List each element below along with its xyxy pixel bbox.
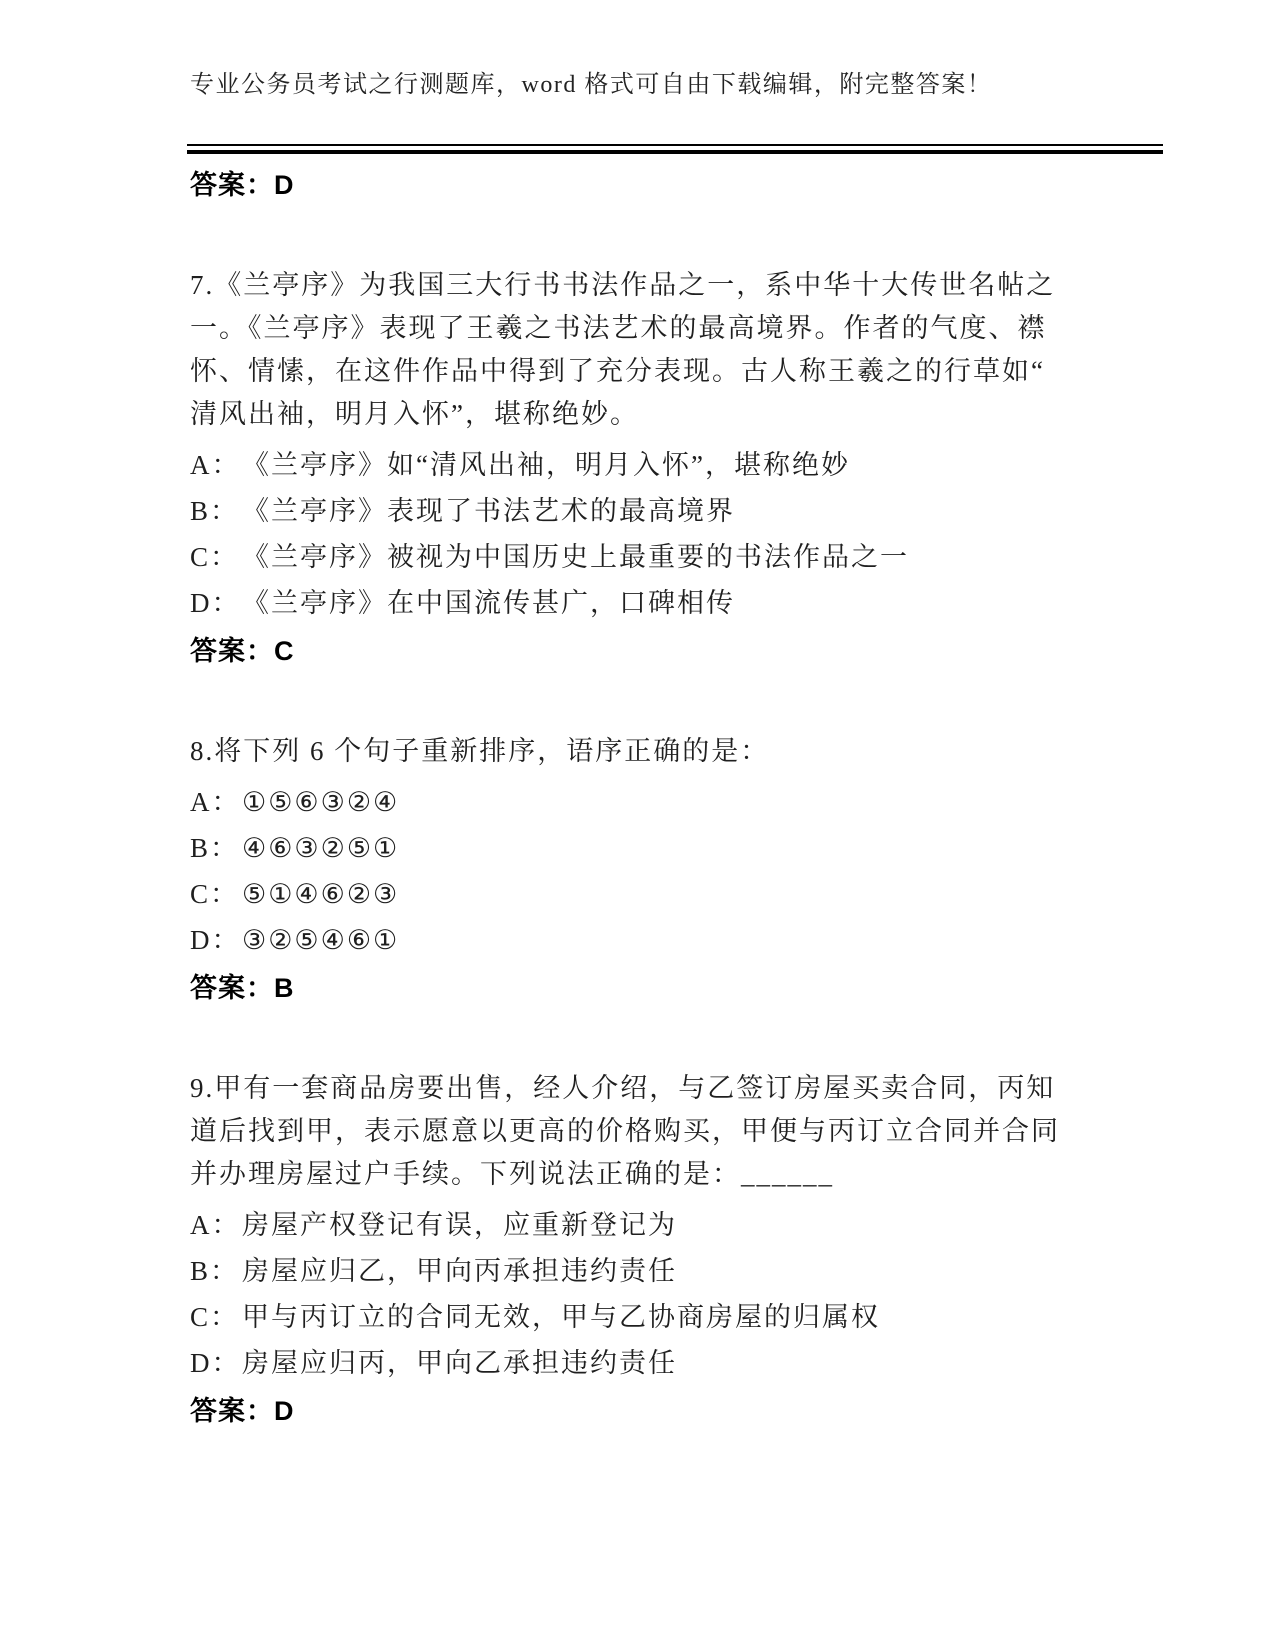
- option-label: A：: [190, 442, 242, 488]
- option-label: B：: [190, 1248, 242, 1294]
- option-label: C：: [190, 1294, 242, 1340]
- answer-line: 答案：B: [190, 965, 1070, 1011]
- option-text: 房屋产权登记有误，应重新登记为: [242, 1210, 677, 1240]
- answer-line: 答案：D: [190, 1388, 1070, 1434]
- answer-line: 答案：D: [190, 162, 1070, 208]
- option-row-a: A：房屋产权登记有误，应重新登记为: [190, 1202, 1070, 1248]
- option-row-d: D：《兰亭序》在中国流传甚广，口碑相传: [190, 580, 1070, 626]
- option-text: ①⑤⑥③②④: [242, 787, 399, 817]
- option-label: A：: [190, 1202, 242, 1248]
- answer-value: B: [274, 973, 295, 1003]
- option-row-b: B：《兰亭序》表现了书法艺术的最高境界: [190, 488, 1070, 534]
- option-row-d: D：③②⑤④⑥①: [190, 917, 1070, 963]
- option-label: D：: [190, 917, 242, 963]
- option-row-b: B：④⑥③②⑤①: [190, 825, 1070, 871]
- answer-label: 答案：: [190, 170, 274, 200]
- option-text: ③②⑤④⑥①: [242, 925, 399, 955]
- question-stem: 8.将下列 6 个句子重新排序，语序正确的是：: [190, 730, 1070, 773]
- answer-line: 答案：C: [190, 628, 1070, 674]
- page-header-title: 专业公务员考试之行测题库，word 格式可自由下载编辑，附完整答案！: [190, 70, 1166, 100]
- option-text: 《兰亭序》被视为中国历史上最重要的书法作品之一: [242, 542, 909, 572]
- question-stem: 7.《兰亭序》为我国三大行书书法作品之一，系中华十大传世名帖之 一。《兰亭序》表…: [190, 264, 1070, 436]
- option-text: 房屋应归丙，甲向乙承担违约责任: [242, 1348, 677, 1378]
- options-list: A：①⑤⑥③②④ B：④⑥③②⑤① C：⑤①④⑥②③ D：③②⑤④⑥①: [190, 779, 1070, 963]
- option-label: B：: [190, 825, 242, 871]
- option-row-b: B：房屋应归乙，甲向丙承担违约责任: [190, 1248, 1070, 1294]
- option-row-a: A：①⑤⑥③②④: [190, 779, 1070, 825]
- option-label: B：: [190, 488, 242, 534]
- option-text: 房屋应归乙，甲向丙承担违约责任: [242, 1256, 677, 1286]
- answer-label: 答案：: [190, 973, 274, 1003]
- option-label: D：: [190, 580, 242, 626]
- header-divider: [187, 144, 1163, 154]
- answer-label: 答案：: [190, 636, 274, 666]
- question-8: 8.将下列 6 个句子重新排序，语序正确的是： A：①⑤⑥③②④ B：④⑥③②⑤…: [190, 730, 1070, 1011]
- option-text: 《兰亭序》如“清风出袖，明月入怀”，堪称绝妙: [242, 450, 850, 480]
- answer-value: D: [274, 170, 295, 200]
- option-text: ⑤①④⑥②③: [242, 879, 399, 909]
- option-row-c: C：⑤①④⑥②③: [190, 871, 1070, 917]
- question-9: 9.甲有一套商品房要出售，经人介绍，与乙签订房屋买卖合同，丙知 道后找到甲，表示…: [190, 1067, 1070, 1434]
- option-label: C：: [190, 534, 242, 580]
- option-text: 甲与丙订立的合同无效，甲与乙协商房屋的归属权: [242, 1302, 880, 1332]
- option-text: ④⑥③②⑤①: [242, 833, 399, 863]
- option-row-c: C：甲与丙订立的合同无效，甲与乙协商房屋的归属权: [190, 1294, 1070, 1340]
- answer-label: 答案：: [190, 1396, 274, 1426]
- question-7: 7.《兰亭序》为我国三大行书书法作品之一，系中华十大传世名帖之 一。《兰亭序》表…: [190, 264, 1070, 674]
- option-label: C：: [190, 871, 242, 917]
- option-text: 《兰亭序》表现了书法艺术的最高境界: [242, 496, 735, 526]
- document-page: 专业公务员考试之行测题库，word 格式可自由下载编辑，附完整答案！ 答案：D …: [0, 0, 1275, 1650]
- answer-value: D: [274, 1396, 295, 1426]
- option-text: 《兰亭序》在中国流传甚广，口碑相传: [242, 588, 735, 618]
- answer-value: C: [274, 636, 295, 666]
- option-row-c: C：《兰亭序》被视为中国历史上最重要的书法作品之一: [190, 534, 1070, 580]
- document-body: 答案：D 7.《兰亭序》为我国三大行书书法作品之一，系中华十大传世名帖之 一。《…: [190, 160, 1070, 1434]
- options-list: A：房屋产权登记有误，应重新登记为 B：房屋应归乙，甲向丙承担违约责任 C：甲与…: [190, 1202, 1070, 1386]
- options-list: A：《兰亭序》如“清风出袖，明月入怀”，堪称绝妙 B：《兰亭序》表现了书法艺术的…: [190, 442, 1070, 626]
- option-label: A：: [190, 779, 242, 825]
- question-stem: 9.甲有一套商品房要出售，经人介绍，与乙签订房屋买卖合同，丙知 道后找到甲，表示…: [190, 1067, 1070, 1196]
- option-label: D：: [190, 1340, 242, 1386]
- option-row-a: A：《兰亭序》如“清风出袖，明月入怀”，堪称绝妙: [190, 442, 1070, 488]
- option-row-d: D：房屋应归丙，甲向乙承担违约责任: [190, 1340, 1070, 1386]
